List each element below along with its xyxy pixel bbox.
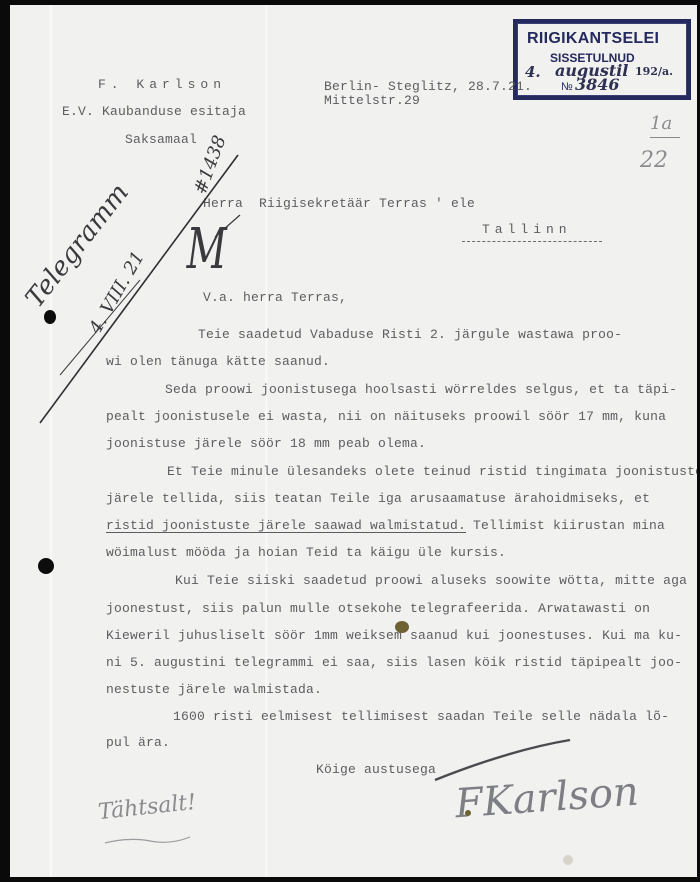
diagonal-strike-line [40, 155, 238, 423]
punch-hole-lower [38, 558, 54, 574]
pencil-note-underline [105, 837, 190, 843]
ink-dot [465, 810, 471, 816]
punch-hole-upper [44, 310, 56, 324]
initials-flourish [215, 215, 240, 237]
signature-stroke [435, 740, 570, 780]
ink-stain [395, 621, 409, 633]
paper-spot [563, 855, 573, 865]
pen-strokes [10, 5, 697, 877]
diagonal-underline [60, 280, 140, 375]
letter-page: RIIGIKANTSELEI SISSETULNUD 4. augustil 1… [10, 5, 697, 877]
